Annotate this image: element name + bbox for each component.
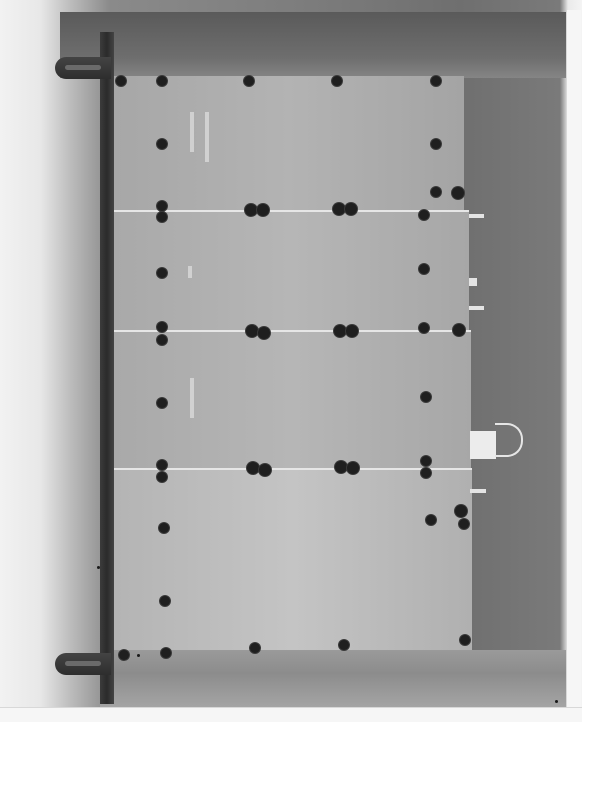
background-shadow	[60, 12, 570, 78]
screw	[332, 76, 342, 86]
screw	[419, 210, 429, 220]
screw	[157, 76, 167, 86]
screw	[157, 201, 167, 211]
screw	[333, 203, 345, 215]
screw	[157, 212, 167, 222]
scanned-photo	[0, 0, 582, 722]
screw	[339, 640, 349, 650]
screw	[247, 462, 259, 474]
screw	[246, 325, 258, 337]
rear-connector	[469, 278, 477, 286]
photo-border-right	[567, 10, 581, 715]
screw	[460, 635, 470, 645]
screw	[159, 523, 169, 533]
illegible-label	[190, 378, 194, 418]
screw	[160, 596, 170, 606]
module-cover-3	[114, 468, 472, 650]
screw	[431, 139, 441, 149]
screw	[157, 460, 167, 470]
illegible-label	[205, 112, 209, 162]
rack-ear-slot	[65, 65, 101, 70]
module-cover-1	[114, 210, 469, 332]
screw	[244, 76, 254, 86]
blank-page-margin	[0, 722, 612, 791]
screw	[421, 392, 431, 402]
screw	[161, 648, 171, 658]
screw	[459, 519, 469, 529]
rack-ear-top	[55, 57, 111, 79]
screw	[259, 464, 271, 476]
screw	[157, 268, 167, 278]
screw	[334, 325, 346, 337]
rack-ear-slot	[65, 661, 101, 666]
screw	[419, 323, 429, 333]
screw	[345, 203, 357, 215]
screw	[157, 139, 167, 149]
illegible-label	[190, 112, 194, 152]
rack-front-panel	[100, 32, 114, 704]
screw	[157, 335, 167, 345]
power-cable	[495, 423, 523, 457]
photo-border-bottom	[0, 708, 582, 722]
screw	[452, 187, 464, 199]
screw	[455, 505, 467, 517]
screw	[346, 325, 358, 337]
screw	[421, 456, 431, 466]
screw	[245, 204, 257, 216]
rear-connector	[469, 214, 484, 218]
screw	[116, 76, 126, 86]
screw	[257, 204, 269, 216]
screw	[431, 187, 441, 197]
illegible-label	[188, 266, 192, 278]
fleck	[555, 700, 558, 703]
module-cover-2	[114, 330, 471, 470]
screw	[347, 462, 359, 474]
power-connector	[470, 431, 496, 459]
rear-connector	[469, 306, 484, 310]
screw	[421, 468, 431, 478]
screw	[335, 461, 347, 473]
screw	[119, 650, 129, 660]
screw	[157, 472, 167, 482]
screw	[157, 322, 167, 332]
screw	[157, 398, 167, 408]
screw	[258, 327, 270, 339]
background-table	[100, 650, 570, 708]
screw	[431, 76, 441, 86]
rear-connector	[470, 489, 486, 493]
screw	[250, 643, 260, 653]
screw	[426, 515, 436, 525]
screw	[453, 324, 465, 336]
screw	[419, 264, 429, 274]
fleck	[97, 566, 100, 569]
rack-ear-bottom	[55, 653, 111, 675]
small-hole	[137, 654, 140, 657]
